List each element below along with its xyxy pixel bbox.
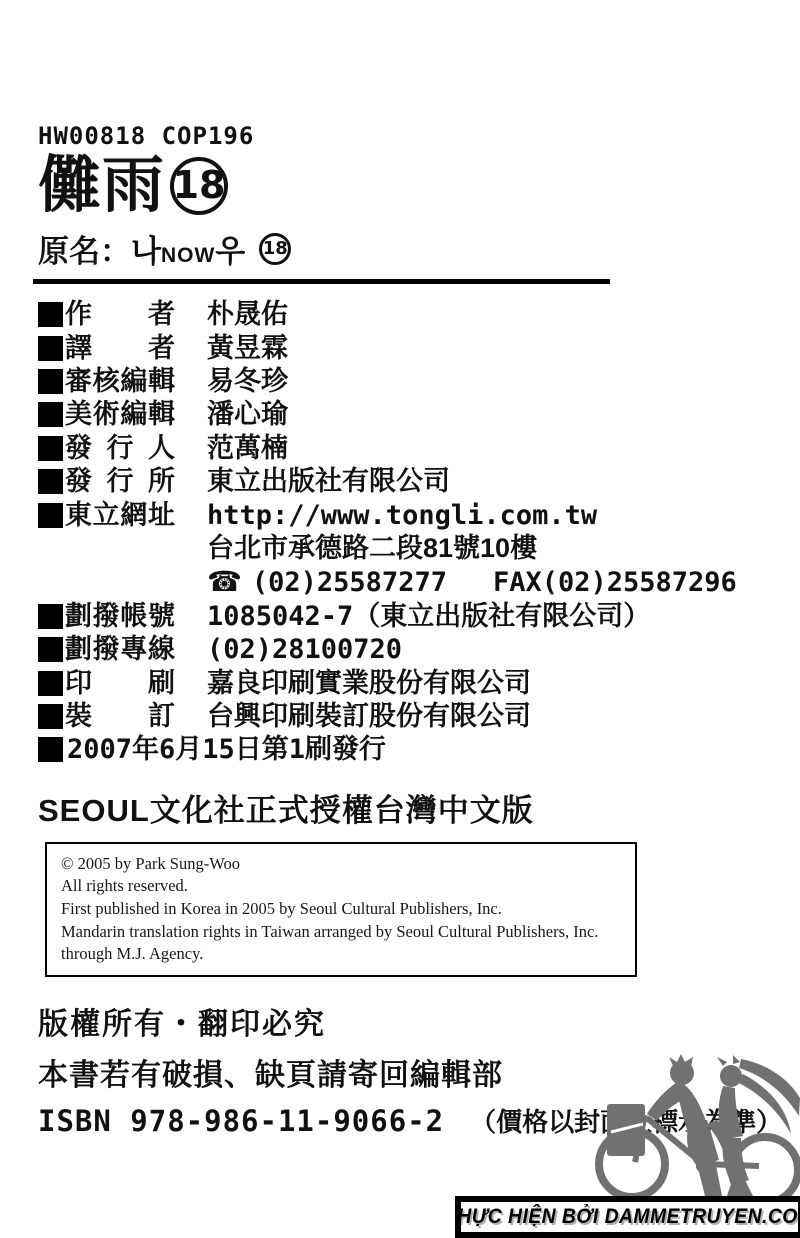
watermark-bar: THỰC HIỆN BỞI DAMMETRUYEN.COM	[455, 1196, 800, 1238]
website-url: http://www.tongli.com.tw	[207, 499, 737, 532]
phone-icon: ☎	[207, 565, 242, 598]
square-bullet-icon	[38, 637, 63, 662]
credit-row-review-editor: 審核編輯 易冬珍	[38, 365, 800, 398]
copyright-line: Mandarin translation rights in Taiwan ar…	[61, 921, 621, 944]
square-bullet-icon	[38, 704, 63, 729]
original-title-hangul-first: 나	[131, 226, 161, 271]
credit-row-publisher-person: 發行人 范萬楠	[38, 432, 800, 465]
square-bullet-icon	[38, 436, 63, 461]
rear-rider-head	[720, 1065, 742, 1087]
phone-number: (02)25587277	[252, 566, 447, 599]
square-bullet-icon	[38, 604, 63, 629]
credit-row-translator: 譯者 黃昱霖	[38, 332, 800, 365]
watermark-text: THỰC HIỆN BỞI DAMMETRUYEN.COM	[455, 1205, 800, 1229]
credit-label: 劃撥專線	[65, 633, 175, 666]
publisher-address: 台北市承德路二段81號10樓	[207, 532, 737, 565]
credit-row-postal-account: 劃撥帳號 1085042-7（東立出版社有限公司）	[38, 600, 800, 633]
credit-label: 審核編輯	[65, 365, 175, 398]
credit-row-postal-hotline: 劃撥專線 (02)28100720	[38, 633, 800, 666]
credit-value: 嘉良印刷實業股份有限公司	[207, 667, 531, 700]
square-bullet-icon	[38, 469, 63, 494]
copyright-line: All rights reserved.	[61, 875, 621, 898]
credit-row-website: 東立網址 http://www.tongli.com.tw 台北市承德路二段81…	[38, 499, 800, 600]
credit-value: 黃昱霖	[207, 332, 288, 365]
credit-row-binder: 裝訂 台興印刷裝訂股份有限公司	[38, 700, 800, 733]
copyright-line: First published in Korea in 2005 by Seou…	[61, 898, 621, 921]
credit-label: 東立網址	[65, 499, 175, 532]
square-bullet-icon	[38, 737, 63, 762]
credit-row-printer: 印刷 嘉良印刷實業股份有限公司	[38, 667, 800, 700]
rights-notice: 版權所有・翻印必究	[38, 999, 800, 1043]
square-bullet-icon	[38, 671, 63, 696]
square-bullet-icon	[38, 336, 63, 361]
colophon-page: HW00818 COP196 儺雨 18 原名： 나 NOW 우 18 作者 朴…	[0, 0, 800, 1238]
credit-value: (02)28100720	[207, 633, 402, 666]
bicycle-riders-illustration	[585, 1060, 800, 1196]
credit-label: 劃撥帳號	[65, 600, 175, 633]
credit-label: 譯者	[65, 332, 175, 365]
original-title-label: 原名：	[38, 226, 131, 271]
page-title: 儺雨 18	[38, 152, 800, 220]
fax-number: FAX(02)25587296	[493, 566, 737, 599]
credit-row-art-editor: 美術編輯 潘心瑜	[38, 398, 800, 431]
original-volume-number: 18	[263, 238, 288, 259]
rear-rider-body	[719, 1086, 744, 1140]
credit-value: 1085042-7（東立出版社有限公司）	[207, 600, 650, 633]
volume-circle-badge: 18	[170, 157, 228, 215]
credit-label: 美術編輯	[65, 398, 175, 431]
credit-value: 潘心瑜	[207, 398, 288, 431]
copyright-box: © 2005 by Park Sung-Woo All rights reser…	[45, 842, 637, 977]
isbn-code: ISBN 978-986-11-9066-2	[38, 1104, 444, 1138]
original-title-latin: NOW	[161, 244, 215, 268]
credit-value: 台興印刷裝訂股份有限公司	[207, 700, 531, 733]
credit-value: 易冬珍	[207, 365, 288, 398]
square-bullet-icon	[38, 503, 63, 528]
front-rider-head	[670, 1061, 694, 1085]
credit-value: 范萬楠	[207, 432, 288, 465]
square-bullet-icon	[38, 369, 63, 394]
credit-label: 裝訂	[65, 700, 175, 733]
print-date: 2007年6月15日第1刷發行	[67, 733, 386, 766]
divider-rule	[33, 279, 610, 284]
copyright-line: through M.J. Agency.	[61, 943, 621, 966]
volume-number: 18	[173, 165, 226, 207]
credits-list: 作者 朴晟佑 譯者 黃昱霖 審核編輯 易冬珍 美術編輯 潘心瑜 發行人	[38, 298, 800, 767]
credit-row-author: 作者 朴晟佑	[38, 298, 800, 331]
credit-value: 朴晟佑	[207, 298, 288, 331]
original-title-line: 原名： 나 NOW 우 18	[38, 226, 800, 271]
credit-label: 印刷	[65, 667, 175, 700]
license-statement: SEOUL文化社正式授權台灣中文版	[38, 785, 800, 830]
original-title-hangul-last: 우	[215, 226, 245, 271]
square-bullet-icon	[38, 302, 63, 327]
square-bullet-icon	[38, 402, 63, 427]
credit-value: 東立出版社有限公司	[207, 465, 450, 498]
credit-row-publishing-house: 發行所 東立出版社有限公司	[38, 465, 800, 498]
phone-fax-line: ☎ (02)25587277 FAX(02)25587296	[207, 565, 737, 599]
original-volume-circle-badge: 18	[259, 233, 291, 265]
copyright-line: © 2005 by Park Sung-Woo	[61, 853, 621, 876]
credit-label: 作者	[65, 298, 175, 331]
title-text: 儺雨	[38, 152, 166, 220]
bicycle-basket	[607, 1104, 645, 1156]
credit-label: 發行所	[65, 465, 175, 498]
print-date-row: 2007年6月15日第1刷發行	[38, 733, 800, 766]
credit-label: 發行人	[65, 432, 175, 465]
product-code: HW00818 COP196	[38, 122, 800, 150]
